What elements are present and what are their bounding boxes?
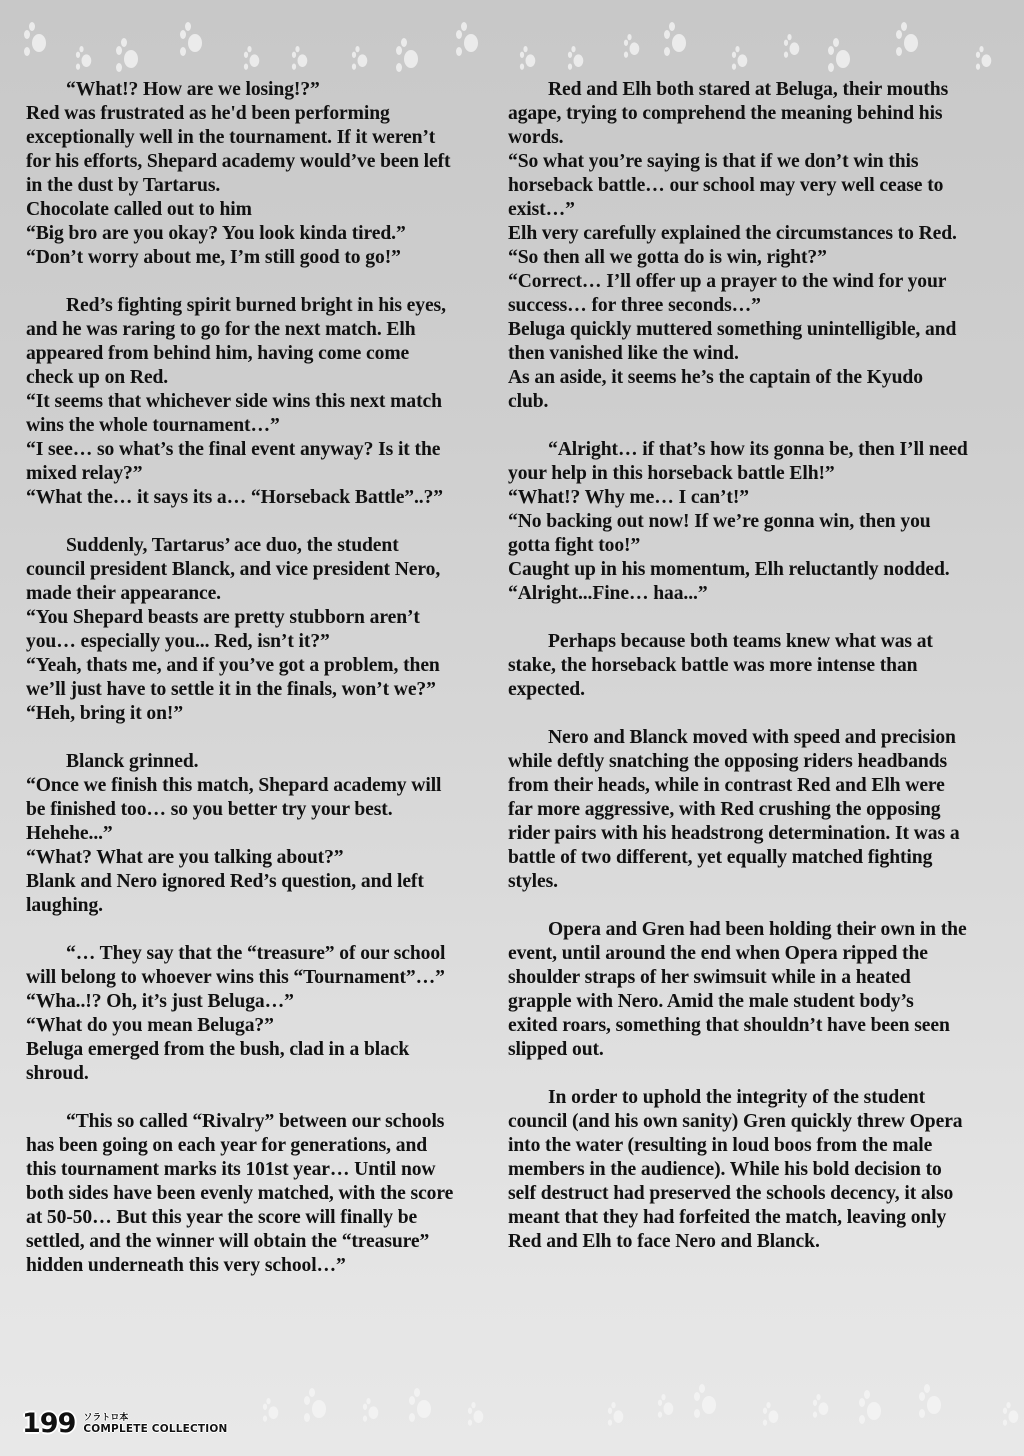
text-line: into the water (resulting in loud boos f… [508, 1134, 1004, 1158]
text-line: “What the… it says its a… “Horseback Bat… [26, 486, 491, 510]
paragraph: Opera and Gren had been holding their ow… [508, 918, 1004, 1062]
paw-print-icon [73, 46, 97, 74]
paw-print-icon [349, 46, 373, 74]
text-line: Blanck grinned. [26, 750, 491, 774]
paw-print-icon [1000, 1402, 1024, 1430]
text-line: Beluga quickly muttered something uninte… [508, 318, 1004, 342]
paw-print-icon [465, 1402, 489, 1430]
text-line: “This so called “Rivalry” between our sc… [26, 1110, 491, 1134]
text-line: at 50-50… But this year the score will f… [26, 1206, 491, 1230]
paw-print-icon [655, 1394, 679, 1422]
text-line: “Once we finish this match, Shepard acad… [26, 774, 491, 798]
text-line: rider pairs with his headstrong determin… [508, 822, 1004, 846]
paragraph: “… They say that the “treasure” of our s… [26, 942, 491, 1086]
text-line: Opera and Gren had been holding their ow… [508, 918, 1004, 942]
paw-print-icon [781, 34, 805, 62]
paw-print-icon [452, 22, 486, 62]
text-line: As an aside, it seems he’s the captain o… [508, 366, 1004, 390]
paw-print-icon [517, 46, 541, 74]
text-line: “What do you mean Beluga?” [26, 1014, 491, 1038]
text-line: your help in this horseback battle Elh!” [508, 462, 1004, 486]
text-line: Hehehe...” [26, 822, 491, 846]
text-line: both sides have been evenly matched, wit… [26, 1182, 491, 1206]
text-line: slipped out. [508, 1038, 1004, 1062]
text-line: Red’s fighting spirit burned bright in h… [26, 294, 491, 318]
text-line: gotta fight too!” [508, 534, 1004, 558]
text-line: “Alright...Fine… haa...” [508, 582, 1004, 606]
text-line: stake, the horseback battle was more int… [508, 654, 1004, 678]
text-line: be finished too… so you better try your … [26, 798, 491, 822]
paragraph: Blanck grinned.“Once we finish this matc… [26, 750, 491, 918]
top-paw-print-border [0, 18, 1024, 78]
text-line: Nero and Blanck moved with speed and pre… [508, 726, 1004, 750]
paw-print-icon [810, 1394, 834, 1422]
text-line: for his efforts, Shepard academy would’v… [26, 150, 491, 174]
paw-print-icon [824, 38, 858, 78]
paw-print-icon [605, 1402, 629, 1430]
text-line: Suddenly, Tartarus’ ace duo, the student [26, 534, 491, 558]
text-line: “I see… so what’s the final event anyway… [26, 438, 491, 462]
text-line: “Big bro are you okay? You look kinda ti… [26, 222, 491, 246]
text-line: check up on Red. [26, 366, 491, 390]
text-line: “So then all we gotta do is win, right?” [508, 246, 1004, 270]
text-line: Elh very carefully explained the circums… [508, 222, 1004, 246]
paw-print-icon [112, 38, 146, 78]
text-line: “Alright… if that’s how its gonna be, th… [508, 438, 1004, 462]
text-line: Red and Elh both stared at Beluga, their… [508, 78, 1004, 102]
text-line: Blank and Nero ignored Red’s question, a… [26, 870, 491, 894]
paragraph: “Alright… if that’s how its gonna be, th… [508, 438, 1004, 606]
text-line: “It seems that whichever side wins this … [26, 390, 491, 414]
paw-print-icon [260, 1398, 284, 1426]
text-line: council (and his own sanity) Gren quickl… [508, 1110, 1004, 1134]
publication-title-jp: ソラトロ本 [83, 1413, 227, 1424]
text-line: expected. [508, 678, 1004, 702]
paragraph: Perhaps because both teams knew what was… [508, 630, 1004, 702]
text-line: “Yeah, thats me, and if you’ve got a pro… [26, 654, 491, 678]
paw-print-icon [892, 22, 926, 62]
paragraph: Suddenly, Tartarus’ ace duo, the student… [26, 534, 491, 726]
publication-title-en: COMPLETE COLLECTION [83, 1424, 227, 1435]
text-line: event, until around the end when Opera r… [508, 942, 1004, 966]
text-line: agape, trying to comprehend the meaning … [508, 102, 1004, 126]
text-line: “What!? How are we losing!?” [26, 78, 491, 102]
text-line: “Don’t worry about me, I’m still good to… [26, 246, 491, 270]
paragraph: Nero and Blanck moved with speed and pre… [508, 726, 1004, 894]
page-footer: 199 ソラトロ本 COMPLETE COLLECTION [22, 1408, 227, 1439]
text-line: Red and Elh to face Nero and Blanck. [508, 1230, 1004, 1254]
paw-print-icon [241, 46, 265, 74]
text-line: appeared from behind him, having come co… [26, 342, 491, 366]
text-line: has been going on each year for generati… [26, 1134, 491, 1158]
text-line: horseback battle… our school may very we… [508, 174, 1004, 198]
text-line: Perhaps because both teams knew what was… [508, 630, 1004, 654]
paw-print-icon [729, 46, 753, 74]
text-line: mixed relay?” [26, 462, 491, 486]
paw-print-icon [300, 1388, 334, 1428]
paw-print-icon [690, 1384, 724, 1424]
text-line: members in the audience). While his bold… [508, 1158, 1004, 1182]
paw-print-icon [405, 1388, 439, 1428]
paragraph: Red’s fighting spirit burned bright in h… [26, 294, 491, 510]
paragraph: In order to uphold the integrity of the … [508, 1086, 1004, 1254]
text-line: made their appearance. [26, 582, 491, 606]
text-line: far more aggressive, with Red crushing t… [508, 798, 1004, 822]
paw-print-icon [760, 1402, 784, 1430]
text-line: you… especially you... Red, isn’t it?” [26, 630, 491, 654]
paw-print-icon [973, 46, 997, 74]
right-text-column: Red and Elh both stared at Beluga, their… [508, 78, 1004, 1278]
paw-print-icon [360, 1398, 384, 1426]
text-line: self destruct had preserved the schools … [508, 1182, 1004, 1206]
paw-print-icon [660, 22, 694, 62]
text-line: “… They say that the “treasure” of our s… [26, 942, 491, 966]
text-line: “So what you’re saying is that if we don… [508, 150, 1004, 174]
text-line: “What? What are you talking about?” [26, 846, 491, 870]
paw-print-icon [855, 1390, 889, 1430]
text-line: Red was frustrated as he'd been performi… [26, 102, 491, 126]
text-line: will belong to whoever wins this “Tourna… [26, 966, 491, 990]
paw-print-icon [289, 46, 313, 74]
text-line: words. [508, 126, 1004, 150]
text-line: we’ll just have to settle it in the fina… [26, 678, 491, 702]
paragraph: “This so called “Rivalry” between our sc… [26, 1110, 491, 1278]
text-line: “Wha..!? Oh, it’s just Beluga…” [26, 990, 491, 1014]
paw-print-icon [20, 22, 54, 62]
paw-print-icon [176, 22, 210, 62]
text-line: wins the whole tournament…” [26, 414, 491, 438]
paragraph: “What!? How are we losing!?”Red was frus… [26, 78, 491, 270]
text-line: laughing. [26, 894, 491, 918]
publication-label: ソラトロ本 COMPLETE COLLECTION [83, 1413, 227, 1435]
text-line: exceptionally well in the tournament. If… [26, 126, 491, 150]
text-line: “Correct… I’ll offer up a prayer to the … [508, 270, 1004, 294]
text-line: In order to uphold the integrity of the … [508, 1086, 1004, 1110]
text-line: meant that they had forfeited the match,… [508, 1206, 1004, 1230]
text-line: grapple with Nero. Amid the male student… [508, 990, 1004, 1014]
text-line: council president Blanck, and vice presi… [26, 558, 491, 582]
text-line: Beluga emerged from the bush, clad in a … [26, 1038, 491, 1062]
left-text-column: “What!? How are we losing!?”Red was frus… [26, 78, 491, 1302]
text-line: shoulder straps of her swimsuit while in… [508, 966, 1004, 990]
text-line: in the dust by Tartarus. [26, 174, 491, 198]
text-line: “You Shepard beasts are pretty stubborn … [26, 606, 491, 630]
text-line: battle of two different, yet equally mat… [508, 846, 1004, 870]
text-line: this tournament marks its 101st year… Un… [26, 1158, 491, 1182]
paw-print-icon [915, 1384, 949, 1424]
text-line: hidden underneath this very school…” [26, 1254, 491, 1278]
text-line: then vanished like the wind. [508, 342, 1004, 366]
text-line: “No backing out now! If we’re gonna win,… [508, 510, 1004, 534]
text-line: Chocolate called out to him [26, 198, 491, 222]
text-line: from their heads, while in contrast Red … [508, 774, 1004, 798]
text-line: club. [508, 390, 1004, 414]
text-line: shroud. [26, 1062, 491, 1086]
text-line: settled, and the winner will obtain the … [26, 1230, 491, 1254]
page-number: 199 [22, 1408, 75, 1439]
text-line: while deftly snatching the opposing ride… [508, 750, 1004, 774]
text-line: and he was raring to go for the next mat… [26, 318, 491, 342]
text-line: “What!? Why me… I can’t!” [508, 486, 1004, 510]
text-line: “Heh, bring it on!” [26, 702, 491, 726]
text-line: styles. [508, 870, 1004, 894]
text-line: exited roars, something that shouldn’t h… [508, 1014, 1004, 1038]
text-line: success… for three seconds…” [508, 294, 1004, 318]
text-line: Caught up in his momentum, Elh reluctant… [508, 558, 1004, 582]
paragraph: Red and Elh both stared at Beluga, their… [508, 78, 1004, 414]
paw-print-icon [565, 46, 589, 74]
paw-print-icon [392, 38, 426, 78]
paw-print-icon [621, 34, 645, 62]
text-line: exist…” [508, 198, 1004, 222]
